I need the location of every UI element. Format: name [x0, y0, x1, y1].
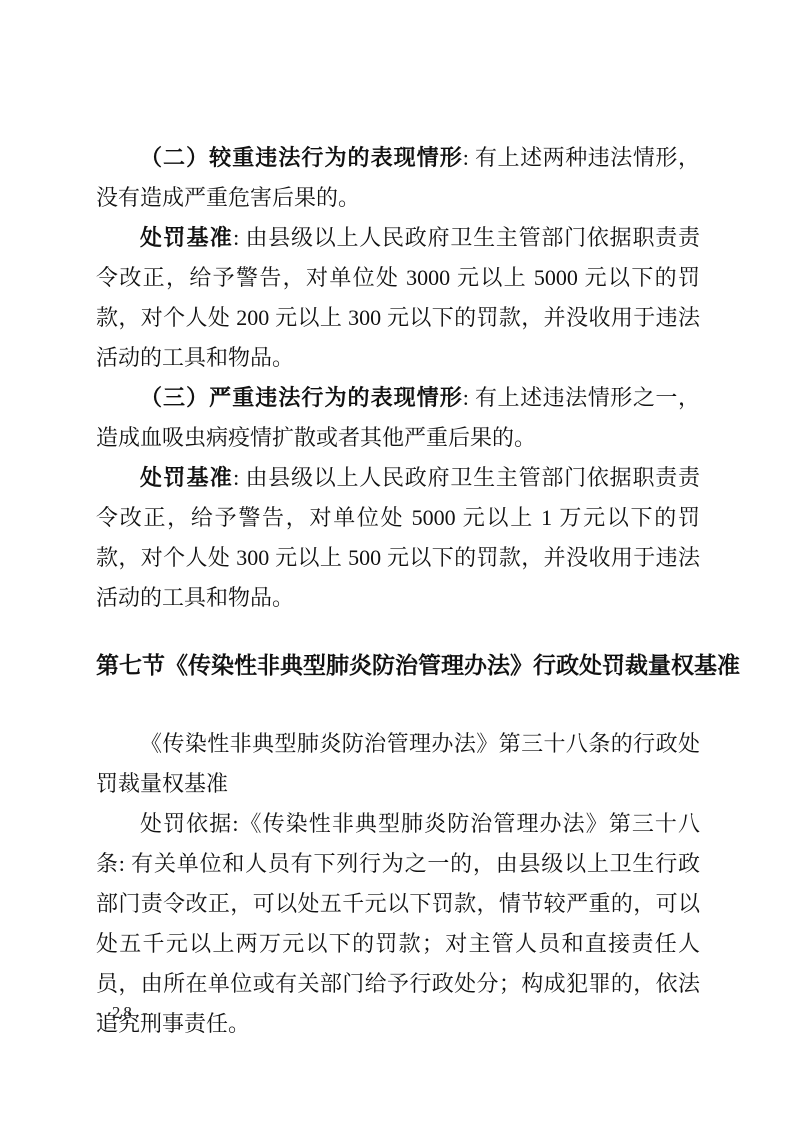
section-heading: 第七节《传染性非典型肺炎防治管理办法》行政处罚裁量权基准	[96, 648, 700, 682]
paragraph-moderate-violation: （二）较重违法行为的表现情形: 有上述两种违法情形，没有造成严重危害后果的。	[96, 138, 700, 218]
document-page: （二）较重违法行为的表现情形: 有上述两种违法情形，没有造成严重危害后果的。 处…	[0, 0, 793, 1122]
paragraph-penalty-standard-2: 处罚基准: 由县级以上人民政府卫生主管部门依据职责责令改正，给予警告，对单位处 …	[96, 458, 700, 618]
paragraph-penalty-standard-1: 处罚基准: 由县级以上人民政府卫生主管部门依据职责责令改正，给予警告，对单位处 …	[96, 218, 700, 378]
paragraph-article-38-title: 《传染性非典型肺炎防治管理办法》第三十八条的行政处罚裁量权基准	[96, 724, 700, 804]
page-number: - 28 -	[96, 1002, 151, 1024]
paragraph-lead-bold: 处罚基准	[140, 465, 233, 490]
paragraph-severe-violation: （三）严重违法行为的表现情形: 有上述违法情形之一，造成血吸虫病疫情扩散或者其他…	[96, 378, 700, 458]
paragraph-penalty-basis: 处罚依据:《传染性非典型肺炎防治管理办法》第三十八条: 有关单位和人员有下列行为…	[96, 804, 700, 1044]
paragraph-lead-bold: （三）严重违法行为的表现情形	[140, 385, 463, 410]
paragraph-lead-bold: 处罚基准	[140, 225, 233, 250]
paragraph-lead-bold: （二）较重违法行为的表现情形	[140, 145, 463, 170]
document-content: （二）较重违法行为的表现情形: 有上述两种违法情形，没有造成严重危害后果的。 处…	[96, 138, 700, 1044]
